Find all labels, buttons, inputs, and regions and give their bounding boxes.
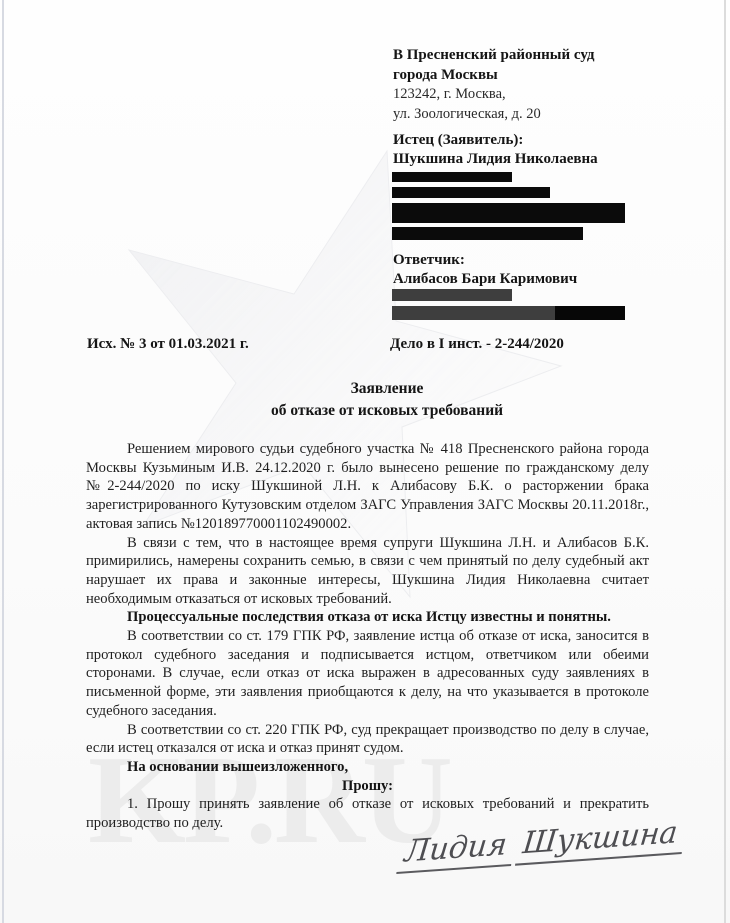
plaintiff-label: Истец (Заявитель): bbox=[393, 131, 693, 150]
page-left-edge bbox=[2, 0, 4, 923]
request-heading: Прошу: bbox=[86, 777, 649, 796]
document-body: Решением мирового судьи судебного участк… bbox=[86, 440, 649, 833]
paragraph: На основании вышеизложенного, bbox=[86, 758, 649, 777]
title-line2: об отказе от исковых требований bbox=[87, 400, 687, 422]
court-street-line: ул. Зоологическая, д. 20 bbox=[393, 105, 693, 125]
plaintiff-name: Шукшина Лидия Николаевна bbox=[393, 150, 693, 169]
redaction-bar bbox=[392, 172, 512, 182]
outgoing-number: Исх. № 3 от 01.03.2021 г. bbox=[87, 336, 249, 353]
document-page: KP.RU В Пресненский районный суд города … bbox=[0, 0, 730, 923]
redaction-bar bbox=[392, 306, 625, 320]
redaction-bar bbox=[392, 203, 625, 223]
defendant-label: Ответчик: bbox=[393, 251, 693, 270]
defendant-block: Ответчик: Алибасов Бари Каримович bbox=[393, 251, 693, 289]
court-name-line2: города Москвы bbox=[393, 66, 693, 86]
signature-first-name: Лидия bbox=[396, 827, 514, 874]
title-line1: Заявление bbox=[87, 378, 687, 400]
court-postal-line: 123242, г. Москва, bbox=[393, 85, 693, 105]
paragraph: В соответствии со ст. 220 ГПК РФ, суд пр… bbox=[86, 721, 649, 758]
redaction-bar bbox=[392, 289, 512, 301]
redaction-bar bbox=[392, 187, 550, 198]
paragraph: В соответствии со ст. 179 ГПК РФ, заявле… bbox=[86, 627, 649, 721]
defendant-name: Алибасов Бари Каримович bbox=[393, 270, 693, 289]
page-right-edge bbox=[724, 0, 726, 923]
redaction-bar bbox=[392, 227, 583, 240]
plaintiff-block: Истец (Заявитель): Шукшина Лидия Николае… bbox=[393, 131, 693, 169]
document-title: Заявление об отказе от исковых требовани… bbox=[87, 378, 687, 422]
court-name-line1: В Пресненский районный суд bbox=[393, 46, 693, 66]
paragraph: Процессуальные последствия отказа от иск… bbox=[86, 608, 649, 627]
court-address-block: В Пресненский районный суд города Москвы… bbox=[393, 46, 693, 124]
case-number: Дело в I инст. - 2-244/2020 bbox=[390, 336, 564, 353]
paragraph: В связи с тем, что в настоящее время суп… bbox=[86, 534, 649, 609]
reference-line: Исх. № 3 от 01.03.2021 г. Дело в I инст.… bbox=[0, 336, 730, 356]
paragraph: Решением мирового судьи судебного участк… bbox=[86, 440, 649, 534]
